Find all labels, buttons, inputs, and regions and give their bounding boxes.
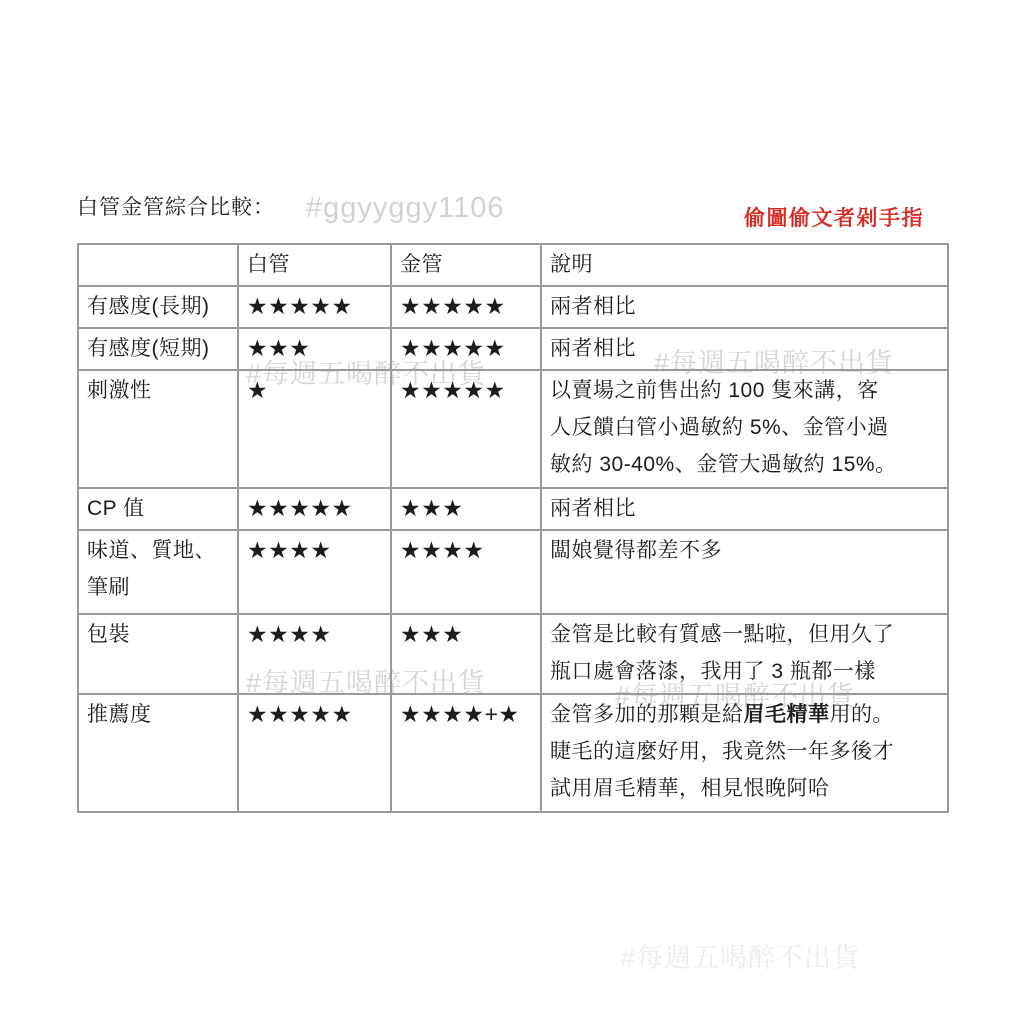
row-desc: 兩者相比: [541, 286, 948, 328]
row-desc: 兩者相比: [541, 488, 948, 530]
watermark-id-tag: #ggyyggy1106: [306, 192, 505, 225]
header-gold-tube: 金管: [391, 244, 541, 286]
desc-text: 金管多加的那顆是給: [550, 703, 744, 726]
header-description: 說明: [541, 244, 948, 286]
row-desc: 闆娘覺得都差不多: [541, 530, 948, 614]
white-rating: ★: [238, 370, 391, 488]
table-row: CP 值 ★★★★★ ★★★ 兩者相比: [78, 488, 948, 530]
gold-rating: ★★★: [391, 488, 541, 530]
row-label: 有感度(長期): [78, 286, 238, 328]
gold-rating: ★★★★: [391, 530, 541, 614]
row-label: 刺激性: [78, 370, 238, 488]
table-row: 推薦度 ★★★★★ ★★★★+★ 金管多加的那顆是給眉毛精華用的。 睫毛的這麼好…: [78, 694, 948, 812]
row-label: 推薦度: [78, 694, 238, 812]
page-title: 白管金管綜合比較：: [77, 191, 275, 221]
gold-rating: ★★★: [391, 614, 541, 694]
anti-theft-warning: 偷圖偷文者剁手指: [744, 202, 924, 232]
table-row: 有感度(短期) ★★★ ★★★★★ 兩者相比: [78, 328, 948, 370]
row-label: 有感度(短期): [78, 328, 238, 370]
gold-rating: ★★★★★: [391, 370, 541, 488]
row-desc: 金管是比較有質感一點啦，但用久了 瓶口處會落漆，我用了 3 瓶都一樣: [541, 614, 948, 694]
white-rating: ★★★★: [238, 530, 391, 614]
white-rating: ★★★★★: [238, 488, 391, 530]
table-header-row: 白管 金管 說明: [78, 244, 948, 286]
table-row: 味道、質地、 筆刷 ★★★★ ★★★★ 闆娘覺得都差不多: [78, 530, 948, 614]
gold-rating: ★★★★★: [391, 328, 541, 370]
header-white-tube: 白管: [238, 244, 391, 286]
row-label: 味道、質地、 筆刷: [78, 530, 238, 614]
screenshot-canvas: #ggyyggy1106 #每週五喝醉不出貨 #每週五喝醉不出貨 #每週五喝醉不…: [0, 0, 1024, 1024]
row-label: CP 值: [78, 488, 238, 530]
row-desc: 金管多加的那顆是給眉毛精華用的。 睫毛的這麼好用，我竟然一年多後才 試用眉毛精華…: [541, 694, 948, 812]
white-rating: ★★★★★: [238, 286, 391, 328]
table-row: 刺激性 ★ ★★★★★ 以賣場之前售出約 100 隻來講，客 人反饋白管小過敏約…: [78, 370, 948, 488]
table-row: 包裝 ★★★★ ★★★ 金管是比較有質感一點啦，但用久了 瓶口處會落漆，我用了 …: [78, 614, 948, 694]
row-label: 包裝: [78, 614, 238, 694]
white-rating: ★★★★: [238, 614, 391, 694]
gold-rating: ★★★★★: [391, 286, 541, 328]
watermark-repeat-5: #每週五喝醉不出貨: [620, 936, 860, 975]
table-row: 有感度(長期) ★★★★★ ★★★★★ 兩者相比: [78, 286, 948, 328]
gold-rating: ★★★★+★: [391, 694, 541, 812]
desc-text-bold: 眉毛精華: [744, 703, 830, 726]
row-desc: 兩者相比: [541, 328, 948, 370]
row-desc: 以賣場之前售出約 100 隻來講，客 人反饋白管小過敏約 5%、金管小過 敏約 …: [541, 370, 948, 488]
white-rating: ★★★★★: [238, 694, 391, 812]
comparison-table: 白管 金管 說明 有感度(長期) ★★★★★ ★★★★★ 兩者相比 有感度(短期…: [77, 243, 949, 813]
header-empty-cell: [78, 244, 238, 286]
white-rating: ★★★: [238, 328, 391, 370]
